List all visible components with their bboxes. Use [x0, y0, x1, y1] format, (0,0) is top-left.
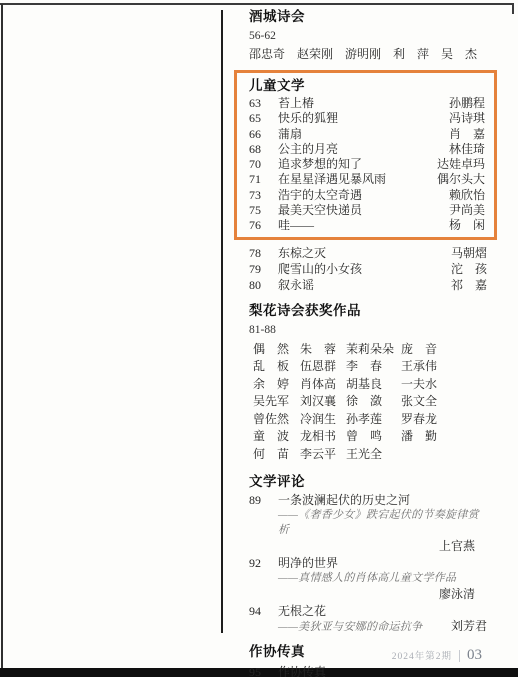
- entry-author: 上官燕: [249, 538, 487, 554]
- toc-entry: 79 爬雪山的小女孩 沱 孩: [249, 261, 487, 277]
- winner-name: 王承伟: [401, 358, 487, 376]
- issue-label: 2024年第2期: [392, 648, 452, 662]
- entry-author: 廖泳清: [249, 586, 487, 602]
- winner-name: 茉莉朵朵: [346, 341, 401, 359]
- winner-name: 吴先军: [253, 393, 300, 411]
- toc-entry: 66 蒲扇 肖 嘉: [249, 127, 485, 142]
- entry-page-number: 80: [249, 277, 278, 293]
- entry-page-number: 95: [249, 663, 278, 677]
- winner-name: 庞 音: [401, 341, 487, 359]
- review-entry: 89 一条波澜起伏的历史之河 ——《奢香少女》跌宕起伏的节奏旋律赏析 上官燕: [249, 492, 487, 554]
- entry-page-number: 68: [249, 142, 278, 157]
- toc-entry: 94 无根之花: [249, 603, 487, 619]
- entry-page-number: 79: [249, 261, 278, 277]
- entry-author: 刘芳君: [451, 619, 487, 635]
- winner-name: 余 婷: [253, 376, 300, 394]
- winner-name: 伍恩群: [300, 358, 346, 376]
- entry-author: 达娃卓玛: [437, 157, 485, 172]
- section-title-literary-review: 文学评论: [249, 473, 487, 491]
- entry-author: 肖 嘉: [449, 127, 485, 142]
- entry-title: 哇——: [278, 218, 449, 233]
- entry-author: 马朝熠: [451, 245, 487, 261]
- entry-page-number: 89: [249, 492, 278, 508]
- entry-title: 明净的世界: [278, 555, 487, 571]
- section-page-range: 81-88: [249, 322, 487, 338]
- entry-author: 尹尚美: [449, 203, 485, 218]
- winner-name: 龙相书: [300, 428, 346, 446]
- entry-title: 爬雪山的小女孩: [278, 261, 451, 277]
- toc-entry: 76 哇—— 杨 闲: [249, 218, 485, 233]
- entry-author: 沱 孩: [451, 261, 487, 277]
- column-divider-rule: [221, 10, 223, 633]
- entry-title: 苔上椿: [278, 96, 449, 111]
- entry-title: 叙永谣: [278, 277, 451, 293]
- entry-author: 赖欣怡: [449, 188, 485, 203]
- entry-page-number: 94: [249, 603, 278, 619]
- entry-title: 东椋之灭: [278, 245, 451, 261]
- toc-entry: 63 苔上椿 孙鹏程: [249, 96, 485, 111]
- section-title-children: 儿童文学: [249, 77, 485, 95]
- winner-name: 王光全: [346, 446, 401, 464]
- top-border-rule: [0, 3, 514, 5]
- entry-page-number: 75: [249, 203, 278, 218]
- winner-name-empty: [401, 446, 487, 464]
- winner-name: 冷润生: [300, 411, 346, 429]
- entry-title: 浩宇的太空奇遇: [278, 188, 449, 203]
- entry-title: 作协传真: [278, 663, 487, 677]
- section-title-poetry: 酒城诗会: [249, 8, 487, 26]
- section-literary-review: 文学评论 89 一条波澜起伏的历史之河 ——《奢香少女》跌宕起伏的节奏旋律赏析 …: [249, 473, 487, 635]
- winner-name: 胡基良: [346, 376, 401, 394]
- entry-title: 最美天空快递员: [278, 203, 449, 218]
- winner-name: 乱 板: [253, 358, 300, 376]
- winner-name: 曾 鸣: [346, 428, 401, 446]
- entry-page-number: 63: [249, 96, 278, 111]
- toc-entry: 70 追求梦想的知了 达娃卓玛: [249, 157, 485, 172]
- children-literature-tail-entries: 78 东椋之灭 马朝熠 79 爬雪山的小女孩 沱 孩 80 叙永谣 祁 嘉: [249, 245, 487, 293]
- footer-divider: [459, 650, 460, 662]
- entry-title: 快乐的狐狸: [278, 111, 449, 126]
- entry-author: 林佳琦: [449, 142, 485, 157]
- toc-content-column: 酒城诗会 56-62 邵忠奇 赵荣刚 游明刚 利 萍 吴 杰 儿童文学 63 苔…: [249, 8, 487, 677]
- magazine-toc-page: 酒城诗会 56-62 邵忠奇 赵荣刚 游明刚 利 萍 吴 杰 儿童文学 63 苔…: [0, 0, 518, 677]
- entry-page-number: 70: [249, 157, 278, 172]
- winner-name: 李云平: [300, 446, 346, 464]
- entry-page-number: 92: [249, 555, 278, 571]
- section-authors: 邵忠奇 赵荣刚 游明刚 利 萍 吴 杰: [249, 46, 487, 62]
- entry-author: 冯诗琪: [449, 111, 485, 126]
- entry-title: 一条波澜起伏的历史之河: [278, 492, 487, 508]
- winner-name: 李 春: [346, 358, 401, 376]
- toc-entry: 89 一条波澜起伏的历史之河: [249, 492, 487, 508]
- winner-name: 一夫水: [401, 376, 487, 394]
- entry-page-number: 66: [249, 127, 278, 142]
- entry-title: 无根之花: [278, 603, 487, 619]
- winner-name: 潘 勤: [401, 428, 487, 446]
- section-title-pear-awards: 梨花诗会获奖作品: [249, 302, 487, 320]
- winner-name: 肖体高: [300, 376, 346, 394]
- entry-author: 杨 闲: [449, 218, 485, 233]
- winner-name: 徐 潋: [346, 393, 401, 411]
- entry-author: 偶尔头大: [437, 172, 485, 187]
- entry-page-number: 73: [249, 188, 278, 203]
- toc-entry: 92 明净的世界: [249, 555, 487, 571]
- toc-entry: 78 东椋之灭 马朝熠: [249, 245, 487, 261]
- winner-name: 孙孝莲: [346, 411, 401, 429]
- toc-entry: 65 快乐的狐狸 冯诗琪: [249, 111, 485, 126]
- winner-name: 偶 然: [253, 341, 300, 359]
- toc-entry: 80 叙永谣 祁 嘉: [249, 277, 487, 293]
- subtitle-author-row: ——美狄亚与安娜的命运抗争 刘芳君: [249, 619, 487, 635]
- entry-title: 公主的月亮: [278, 142, 449, 157]
- section-pear-awards: 梨花诗会获奖作品 81-88 偶 然 朱 蓉 茉莉朵朵 庞 音 乱 板 伍恩群 …: [249, 302, 487, 464]
- left-border-rule: [1, 4, 3, 668]
- entry-page-number: 76: [249, 218, 278, 233]
- toc-entry: 73 浩宇的太空奇遇 赖欣怡: [249, 188, 485, 203]
- winner-name: 罗春龙: [401, 411, 487, 429]
- entry-title: 蒲扇: [278, 127, 449, 142]
- folio-page-number: 03: [467, 647, 482, 664]
- entry-page-number: 78: [249, 245, 278, 261]
- entry-subtitle: ——《奢香少女》跌宕起伏的节奏旋律赏析: [278, 508, 487, 538]
- top-right-corner-tick: [512, 3, 514, 14]
- entry-subtitle: ——真情感人的肖体高儿童文学作品: [278, 571, 487, 586]
- entry-page-number: 71: [249, 172, 278, 187]
- review-entry: 94 无根之花 ——美狄亚与安娜的命运抗争 刘芳君: [249, 603, 487, 635]
- entry-page-number: 65: [249, 111, 278, 126]
- award-winners-grid: 偶 然 朱 蓉 茉莉朵朵 庞 音 乱 板 伍恩群 李 春 王承伟 余 婷 肖体高…: [249, 341, 487, 464]
- entry-author: 祁 嘉: [451, 277, 487, 293]
- page-footer: 2024年第2期 03: [392, 647, 482, 664]
- section-page-range: 56-62: [249, 28, 487, 44]
- winner-name: 曾佐然: [253, 411, 300, 429]
- winner-name: 张文全: [401, 393, 487, 411]
- toc-entry: 71 在星星泽遇见暴风雨 偶尔头大: [249, 172, 485, 187]
- children-literature-highlight-box: 儿童文学 63 苔上椿 孙鹏程 65 快乐的狐狸 冯诗琪 66 蒲扇 肖 嘉 6…: [234, 70, 497, 240]
- toc-entry: 68 公主的月亮 林佳琦: [249, 142, 485, 157]
- winner-name: 童 波: [253, 428, 300, 446]
- winner-name: 何 苗: [253, 446, 300, 464]
- entry-author: 孙鹏程: [449, 96, 485, 111]
- winner-name: 朱 蓉: [300, 341, 346, 359]
- winner-name: 刘汉襄: [300, 393, 346, 411]
- toc-entry: 75 最美天空快递员 尹尚美: [249, 203, 485, 218]
- review-entry: 92 明净的世界 ——真情感人的肖体高儿童文学作品 廖泳清: [249, 555, 487, 602]
- entry-title: 追求梦想的知了: [278, 157, 437, 172]
- entry-subtitle: ——美狄亚与安娜的命运抗争: [278, 620, 451, 635]
- entry-title: 在星星泽遇见暴风雨: [278, 172, 437, 187]
- toc-entry: 95 作协传真: [249, 663, 487, 677]
